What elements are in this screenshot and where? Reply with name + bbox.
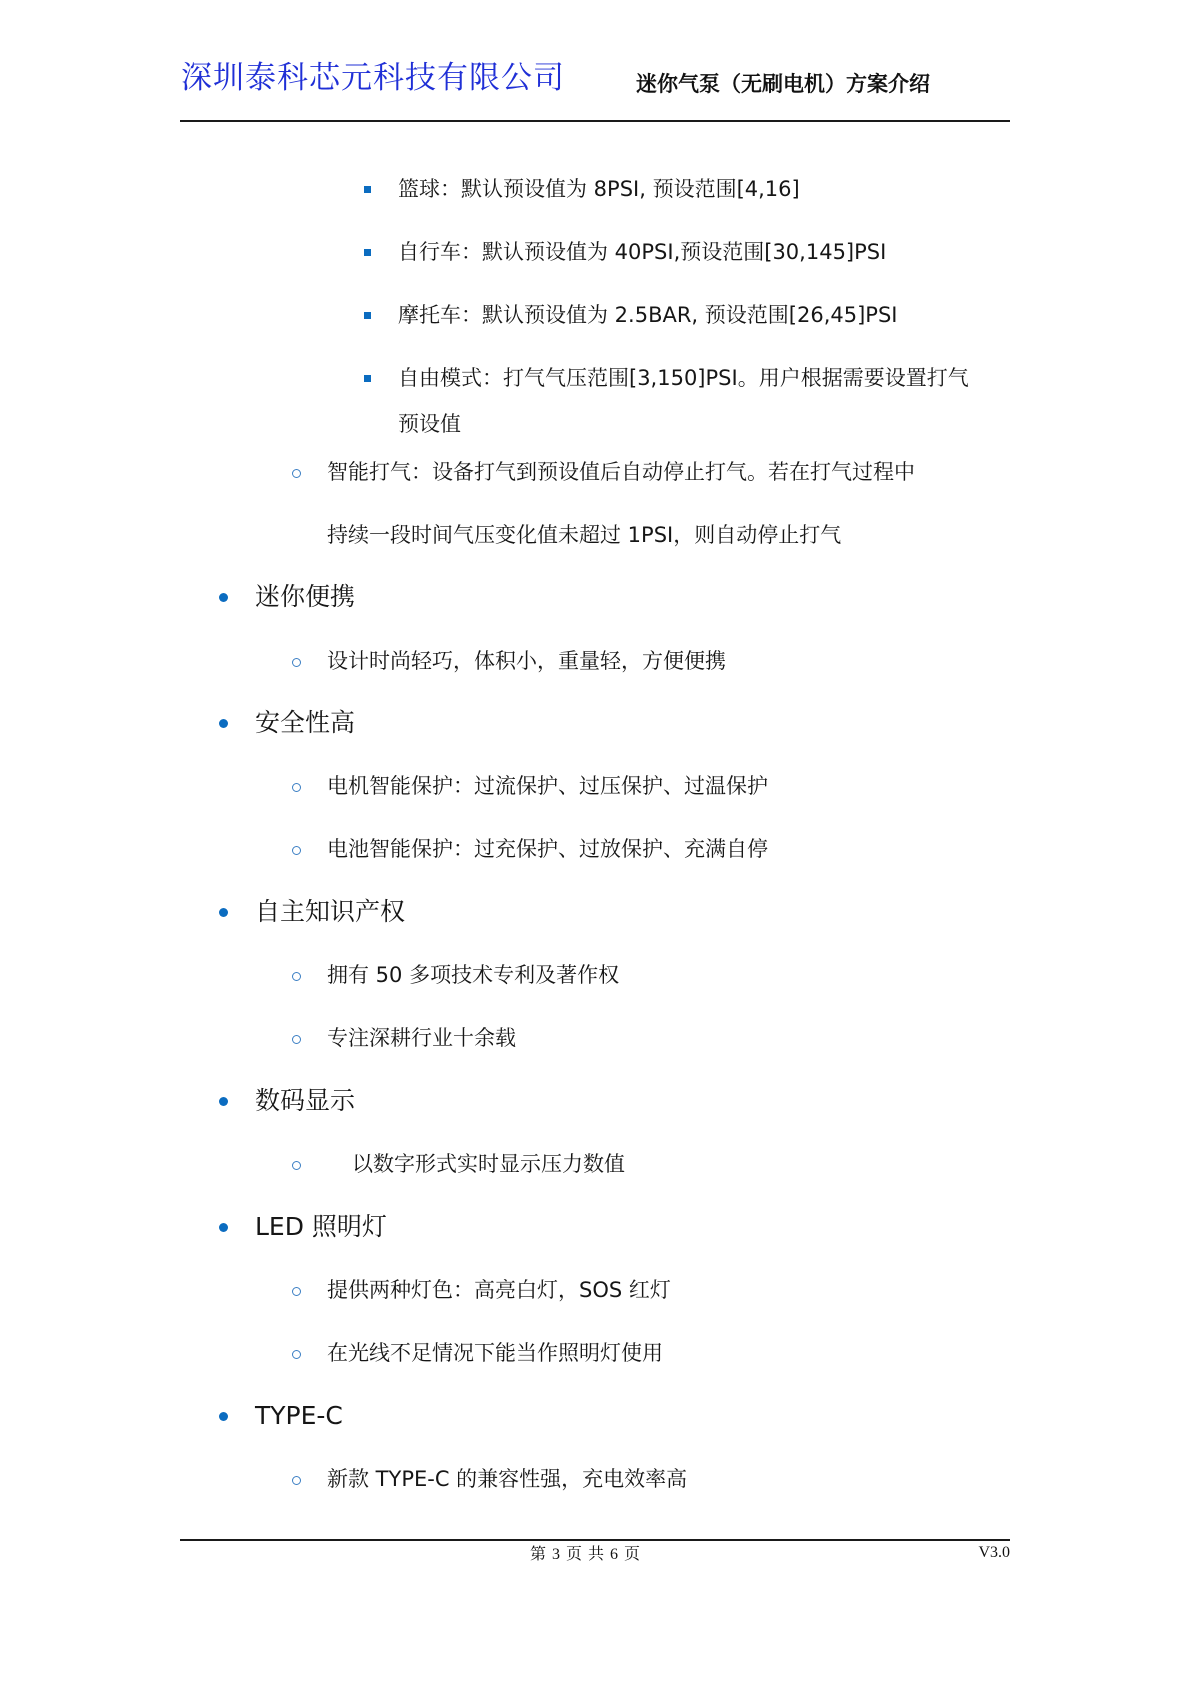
square-bullet-icon <box>364 312 371 319</box>
feature-item: 拥有 50 多项技术专利及著作权 <box>327 960 619 990</box>
square-bullet-icon <box>364 186 371 193</box>
feature-item: 专注深耕行业十余载 <box>327 1023 516 1053</box>
circle-bullet-icon <box>292 783 301 792</box>
document-title: 迷你气泵（无刷电机）方案介绍 <box>636 69 930 99</box>
feature-item: 在光线不足情况下能当作照明灯使用 <box>327 1338 663 1368</box>
preset-item-motorcycle: 摩托车：默认预设值为 2.5BAR, 预设范围[26,45]PSI <box>398 300 897 330</box>
circle-bullet-icon <box>292 658 301 667</box>
disc-bullet-icon <box>219 593 228 602</box>
header-divider <box>180 120 1010 122</box>
feature-item: 电机智能保护：过流保护、过压保护、过温保护 <box>327 771 768 801</box>
circle-bullet-icon <box>292 1287 301 1296</box>
circle-bullet-icon <box>292 1476 301 1485</box>
disc-bullet-icon <box>219 719 228 728</box>
feature-title-typec: TYPE-C <box>255 1399 343 1433</box>
smart-inflate-item: 智能打气：设备打气到预设值后自动停止打气。若在打气过程中 <box>327 457 915 487</box>
disc-bullet-icon <box>219 908 228 917</box>
feature-title-safety: 安全性高 <box>255 706 355 740</box>
feature-item: 提供两种灯色：高亮白灯，SOS 红灯 <box>327 1275 671 1305</box>
company-name: 深圳泰科芯元科技有限公司 <box>181 58 565 98</box>
disc-bullet-icon <box>219 1223 228 1232</box>
circle-bullet-icon <box>292 846 301 855</box>
preset-item-basketball: 篮球：默认预设值为 8PSI, 预设范围[4,16] <box>398 174 800 204</box>
preset-item-free-mode: 自由模式：打气气压范围[3,150]PSI。用户根据需要设置打气 <box>398 363 969 393</box>
preset-item-free-mode-continuation: 预设值 <box>398 409 461 439</box>
feature-item: 新款 TYPE-C 的兼容性强，充电效率高 <box>327 1464 687 1494</box>
feature-title-display: 数码显示 <box>255 1084 355 1118</box>
square-bullet-icon <box>364 249 371 256</box>
preset-item-bicycle: 自行车：默认预设值为 40PSI,预设范围[30,145]PSI <box>398 237 886 267</box>
feature-item: 设计时尚轻巧，体积小，重量轻，方便便携 <box>327 646 726 676</box>
square-bullet-icon <box>364 375 371 382</box>
feature-item: 电池智能保护：过充保护、过放保护、充满自停 <box>327 834 768 864</box>
page-number: 第 3 页 共 6 页 <box>530 1545 641 1565</box>
circle-bullet-icon <box>292 972 301 981</box>
document-page: 深圳泰科芯元科技有限公司 迷你气泵（无刷电机）方案介绍 篮球：默认预设值为 8P… <box>0 0 1190 1683</box>
footer-divider <box>180 1539 1010 1541</box>
version-label: V3.0 <box>978 1543 1010 1563</box>
circle-bullet-icon <box>292 1161 301 1170</box>
disc-bullet-icon <box>219 1412 228 1421</box>
feature-title-portable: 迷你便携 <box>255 580 355 614</box>
smart-inflate-continuation: 持续一段时间气压变化值未超过 1PSI，则自动停止打气 <box>327 520 841 550</box>
feature-title-ip: 自主知识产权 <box>255 895 405 929</box>
circle-bullet-icon <box>292 1350 301 1359</box>
feature-title-led: LED 照明灯 <box>255 1210 387 1244</box>
disc-bullet-icon <box>219 1097 228 1106</box>
circle-bullet-icon <box>292 469 301 478</box>
feature-item: 以数字形式实时显示压力数值 <box>352 1149 625 1179</box>
circle-bullet-icon <box>292 1035 301 1044</box>
